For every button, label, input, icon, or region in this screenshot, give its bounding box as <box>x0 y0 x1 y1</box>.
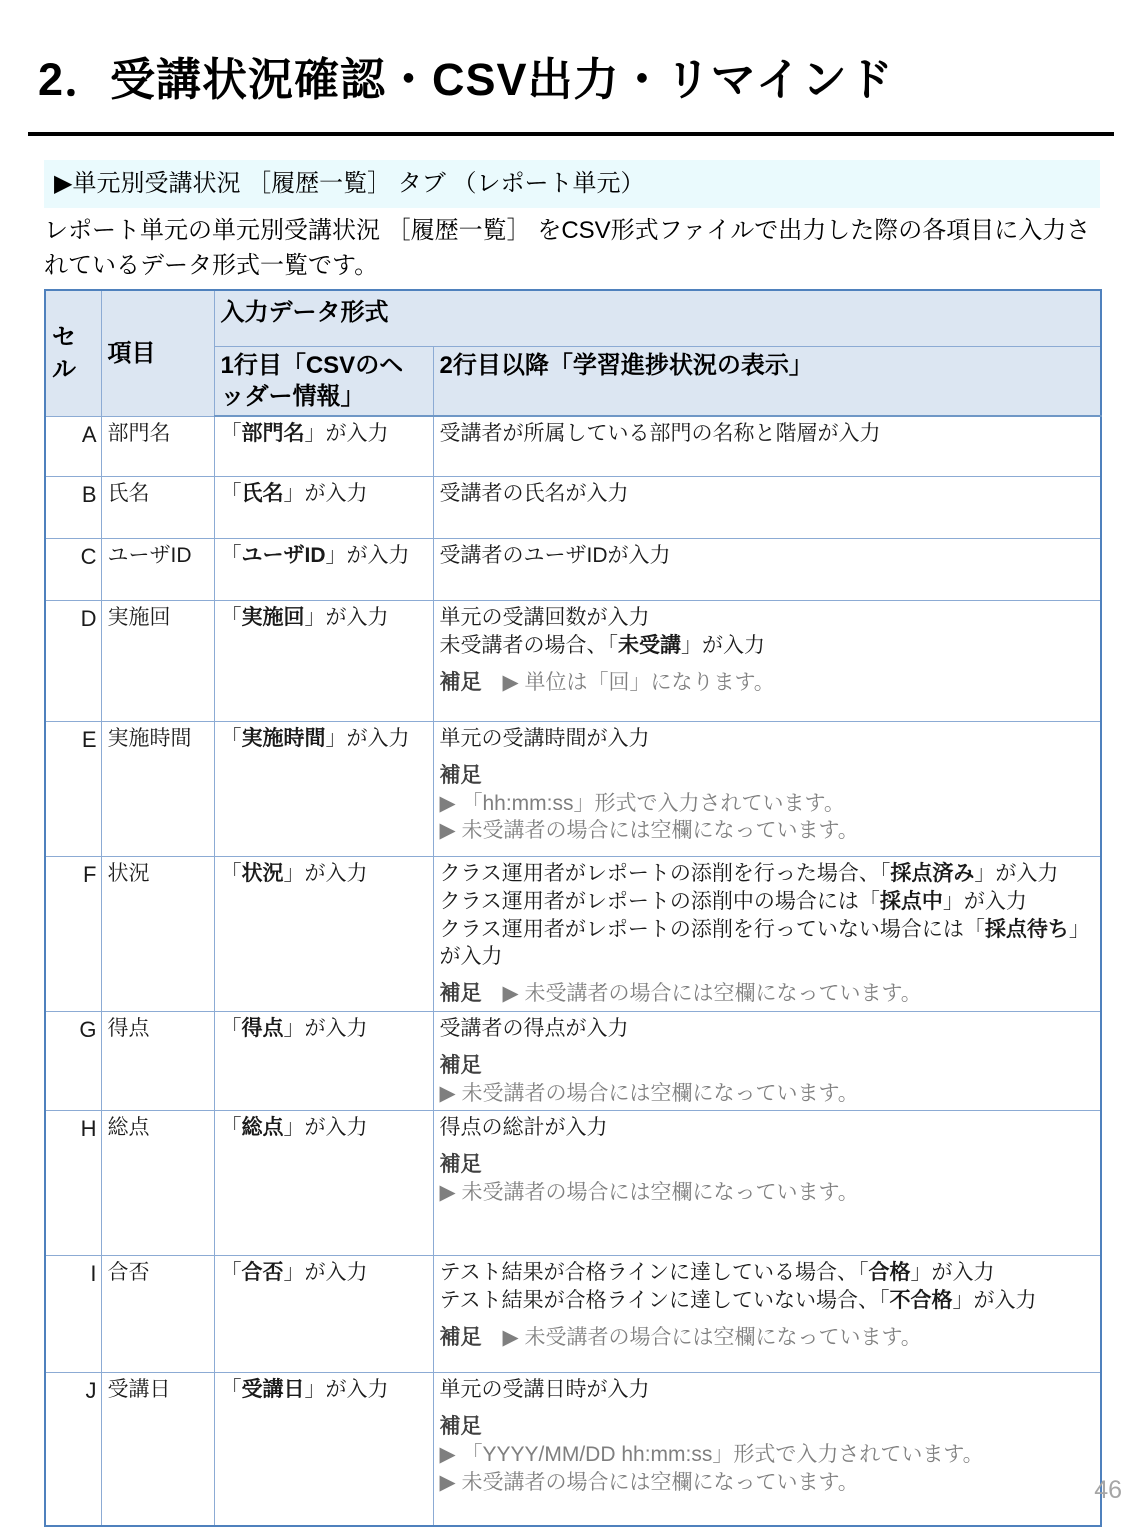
text-segment: 」が入力 <box>284 862 368 885</box>
cell-letter: D <box>45 601 101 722</box>
csv-header-format: 「総点」が入力 <box>214 1111 433 1256</box>
text-segment: 単元の受講日時が入力 <box>440 1378 650 1401</box>
format-description: 単元の受講時間が入力補足▶ 「hh:mm:ss」形式で入力されています。▶ 未受… <box>433 722 1101 857</box>
text-line: 受講者のユーザIDが入力 <box>440 542 1095 570</box>
text-line: ▶ 未受講者の場合には空欄になっています。 <box>440 817 1095 845</box>
table-row: D実施回「実施回」が入力単元の受講回数が入力未受講者の場合、「未受講」が入力補足… <box>45 601 1101 722</box>
item-name: 状況 <box>101 857 214 1012</box>
text-segment: 「 <box>221 727 242 750</box>
text-segment: 補足 <box>440 1054 482 1077</box>
format-description: クラス運用者がレポートの添削を行った場合、「採点済み」が入力クラス運用者がレポー… <box>433 857 1101 1012</box>
cell-letter: I <box>45 1256 101 1373</box>
text-line: ▶ 未受講者の場合には空欄になっています。 <box>440 1179 1095 1207</box>
text-line: ▶ 「hh:mm:ss」形式で入力されています。 <box>440 790 1095 818</box>
text-line: 受講者の得点が入力 <box>440 1015 1095 1043</box>
cell-letter: H <box>45 1111 101 1256</box>
text-segment: 」が入力 <box>681 634 765 657</box>
table-body: A部門名「部門名」が入力受講者が所属している部門の名称と階層が入力B氏名「氏名」… <box>45 416 1101 1526</box>
text-segment: 受講者の氏名が入力 <box>440 482 629 505</box>
text-segment: 「 <box>221 1017 242 1040</box>
page: 2．受講状況確認・CSV出力・リマインド ▶単元別受講状況 ［履歴一覧］ タブ … <box>0 0 1138 1527</box>
text-segment: ▶ 未受講者の場合には空欄になっています。 <box>482 1326 922 1349</box>
text-segment: 単元の受講時間が入力 <box>440 727 650 750</box>
cell-letter: G <box>45 1012 101 1111</box>
text-segment: 」が入力 <box>284 1017 368 1040</box>
text-line: 補足 <box>440 1052 1095 1080</box>
csv-header-format: 「状況」が入力 <box>214 857 433 1012</box>
text-segment: 総点 <box>242 1116 284 1139</box>
text-line: 単元の受講時間が入力 <box>440 725 1095 753</box>
text-line: テスト結果が合格ラインに達している場合、「合格」が入力 <box>440 1259 1095 1287</box>
text-line: 「部門名」が入力 <box>221 420 427 448</box>
page-title: 2．受講状況確認・CSV出力・リマインド <box>38 54 1100 106</box>
text-segment: 採点中 <box>880 890 943 913</box>
cell-letter: A <box>45 416 101 477</box>
text-segment: 」が入力 <box>326 727 410 750</box>
table-row: J受講日「受講日」が入力単元の受講日時が入力補足▶ 「YYYY/MM/DD hh… <box>45 1373 1101 1527</box>
item-name: 総点 <box>101 1111 214 1256</box>
format-description: テスト結果が合格ラインに達している場合、「合格」が入力テスト結果が合格ラインに達… <box>433 1256 1101 1373</box>
text-line: 補足 ▶ 未受講者の場合には空欄になっています。 <box>440 1324 1095 1352</box>
text-segment: 補足 <box>440 1326 482 1349</box>
item-name: 部門名 <box>101 416 214 477</box>
text-line: 「受講日」が入力 <box>221 1376 427 1404</box>
format-description: 受講者の得点が入力補足▶ 未受講者の場合には空欄になっています。 <box>433 1012 1101 1111</box>
text-line: 「状況」が入力 <box>221 860 427 888</box>
text-line: 「ユーザID」が入力 <box>221 542 427 570</box>
text-segment: 補足 <box>440 764 482 787</box>
text-segment: 」が入力 <box>305 422 389 445</box>
text-segment: ▶ 「YYYY/MM/DD hh:mm:ss」形式で入力されています。 <box>440 1443 984 1466</box>
text-segment: 」が入力 <box>326 544 410 567</box>
header-csv-header-info: 1行目「CSVのヘッダー情報」 <box>214 346 433 416</box>
table-row: G得点「得点」が入力受講者の得点が入力補足▶ 未受講者の場合には空欄になっていま… <box>45 1012 1101 1111</box>
text-segment: 未受講者の場合、「 <box>440 634 619 657</box>
text-segment: 得点の総計が入力 <box>440 1116 608 1139</box>
text-segment: 実施時間 <box>242 727 326 750</box>
text-segment: テスト結果が合格ラインに達している場合、「 <box>440 1261 869 1284</box>
text-segment: 」が入力 <box>284 1261 368 1284</box>
text-segment: 「 <box>221 1116 242 1139</box>
text-line: 「実施時間」が入力 <box>221 725 427 753</box>
text-line: 未受講者の場合、「未受講」が入力 <box>440 632 1095 660</box>
text-segment: 」が入力 <box>284 482 368 505</box>
text-segment: 「 <box>221 544 242 567</box>
table-header: セル 項目 入力データ形式 1行目「CSVのヘッダー情報」 2行目以降「学習進捗… <box>45 290 1101 416</box>
csv-header-format: 「氏名」が入力 <box>214 477 433 539</box>
text-segment: 「 <box>221 1261 242 1284</box>
text-line: 「総点」が入力 <box>221 1114 427 1142</box>
format-description: 受講者の氏名が入力 <box>433 477 1101 539</box>
cell-letter: C <box>45 539 101 601</box>
header-input-data-format: 入力データ形式 <box>214 290 1101 346</box>
text-segment: ▶ 未受講者の場合には空欄になっています。 <box>482 982 922 1005</box>
text-line: 「氏名」が入力 <box>221 480 427 508</box>
text-segment: 補足 <box>440 1153 482 1176</box>
text-segment: 」が入力 <box>953 1289 1037 1312</box>
text-segment: 補足 <box>440 1415 482 1438</box>
text-segment: 単元の受講回数が入力 <box>440 606 650 629</box>
text-line: 「実施回」が入力 <box>221 604 427 632</box>
csv-header-format: 「部門名」が入力 <box>214 416 433 477</box>
text-segment: 合格 <box>869 1261 911 1284</box>
page-number: 46 <box>1094 1476 1122 1505</box>
format-description: 得点の総計が入力補足▶ 未受講者の場合には空欄になっています。 <box>433 1111 1101 1256</box>
text-segment: 受講日 <box>242 1378 305 1401</box>
text-segment: ユーザID <box>242 544 326 567</box>
format-description: 受講者が所属している部門の名称と階層が入力 <box>433 416 1101 477</box>
text-segment: 採点済み <box>890 862 974 885</box>
text-segment: 状況 <box>242 862 284 885</box>
format-description: 単元の受講回数が入力未受講者の場合、「未受講」が入力補足 ▶ 単位は「回」になり… <box>433 601 1101 722</box>
csv-header-format: 「合否」が入力 <box>214 1256 433 1373</box>
text-segment: 受講者が所属している部門の名称と階層が入力 <box>440 422 881 445</box>
item-name: 受講日 <box>101 1373 214 1527</box>
text-line: 補足 <box>440 1151 1095 1179</box>
text-line: 補足 <box>440 762 1095 790</box>
csv-header-format: 「受講日」が入力 <box>214 1373 433 1527</box>
table-row: H総点「総点」が入力得点の総計が入力補足▶ 未受講者の場合には空欄になっています… <box>45 1111 1101 1256</box>
text-segment: クラス運用者がレポートの添削中の場合には「 <box>440 890 880 913</box>
text-line: 「得点」が入力 <box>221 1015 427 1043</box>
text-segment: 実施回 <box>242 606 305 629</box>
intro-text: レポート単元の単元別受講状況 ［履歴一覧］ をCSV形式ファイルで出力した際の各… <box>44 214 1100 284</box>
format-description: 受講者のユーザIDが入力 <box>433 539 1101 601</box>
text-line: クラス運用者がレポートの添削を行っていない場合には「採点待ち」が入力 <box>440 916 1095 971</box>
text-segment: 」が入力 <box>911 1261 995 1284</box>
text-line: 得点の総計が入力 <box>440 1114 1095 1142</box>
section-heading: ▶単元別受講状況 ［履歴一覧］ タブ （レポート単元） <box>44 160 1100 208</box>
csv-header-format: 「得点」が入力 <box>214 1012 433 1111</box>
header-item-column: 項目 <box>101 290 214 416</box>
text-line: 受講者の氏名が入力 <box>440 480 1095 508</box>
item-name: 合否 <box>101 1256 214 1373</box>
text-line: 受講者が所属している部門の名称と階層が入力 <box>440 420 1095 448</box>
text-line: 補足 <box>440 1413 1095 1441</box>
text-segment: 「 <box>221 482 242 505</box>
text-segment: 」が入力 <box>305 1378 389 1401</box>
cell-letter: E <box>45 722 101 857</box>
table-row: I合否「合否」が入力テスト結果が合格ラインに達している場合、「合格」が入力テスト… <box>45 1256 1101 1373</box>
text-line: 補足 ▶ 未受講者の場合には空欄になっています。 <box>440 980 1095 1008</box>
header-row-group: セル 項目 入力データ形式 <box>45 290 1101 346</box>
text-line: ▶ 「YYYY/MM/DD hh:mm:ss」形式で入力されています。 <box>440 1441 1095 1469</box>
text-segment: 」が入力 <box>305 606 389 629</box>
item-name: ユーザID <box>101 539 214 601</box>
text-line: 補足 ▶ 単位は「回」になります。 <box>440 669 1095 697</box>
text-line: 単元の受講回数が入力 <box>440 604 1095 632</box>
text-segment: 受講者の得点が入力 <box>440 1017 629 1040</box>
text-segment: 補足 <box>440 982 482 1005</box>
text-segment: ▶ 単位は「回」になります。 <box>482 671 775 694</box>
text-segment: 合否 <box>242 1261 284 1284</box>
text-segment: ▶ 未受講者の場合には空欄になっています。 <box>440 1471 859 1494</box>
table-row: E実施時間「実施時間」が入力単元の受講時間が入力補足▶ 「hh:mm:ss」形式… <box>45 722 1101 857</box>
table-row: CユーザID「ユーザID」が入力受講者のユーザIDが入力 <box>45 539 1101 601</box>
text-segment: 」が入力 <box>284 1116 368 1139</box>
text-segment: 「 <box>221 422 242 445</box>
text-line: クラス運用者がレポートの添削中の場合には「採点中」が入力 <box>440 888 1095 916</box>
text-segment: 」が入力 <box>974 862 1058 885</box>
text-segment: 氏名 <box>242 482 284 505</box>
text-segment: 受講者のユーザIDが入力 <box>440 544 671 567</box>
text-segment: テスト結果が合格ラインに達していない場合、「 <box>440 1289 890 1312</box>
table-row: F状況「状況」が入力クラス運用者がレポートの添削を行った場合、「採点済み」が入力… <box>45 857 1101 1012</box>
csv-header-format: 「実施回」が入力 <box>214 601 433 722</box>
text-segment: ▶ 未受講者の場合には空欄になっています。 <box>440 819 859 842</box>
text-segment: クラス運用者がレポートの添削を行っていない場合には「 <box>440 918 985 941</box>
text-segment: 「 <box>221 1378 242 1401</box>
cell-letter: J <box>45 1373 101 1527</box>
text-segment: 」が入力 <box>943 890 1027 913</box>
text-segment: 採点待ち <box>985 918 1069 941</box>
text-segment: 未受講 <box>618 634 681 657</box>
title-divider <box>28 132 1114 136</box>
section-heading-text: ▶単元別受講状況 ［履歴一覧］ タブ （レポート単元） <box>54 170 644 197</box>
text-segment: ▶ 「hh:mm:ss」形式で入力されています。 <box>440 792 845 815</box>
text-segment: ▶ 未受講者の場合には空欄になっています。 <box>440 1181 859 1204</box>
text-line: テスト結果が合格ラインに達していない場合、「不合格」が入力 <box>440 1287 1095 1315</box>
cell-letter: F <box>45 857 101 1012</box>
csv-header-format: 「ユーザID」が入力 <box>214 539 433 601</box>
text-segment: 不合格 <box>890 1289 953 1312</box>
cell-letter: B <box>45 477 101 539</box>
format-description: 単元の受講日時が入力補足▶ 「YYYY/MM/DD hh:mm:ss」形式で入力… <box>433 1373 1101 1527</box>
text-line: 「合否」が入力 <box>221 1259 427 1287</box>
text-line: 単元の受講日時が入力 <box>440 1376 1095 1404</box>
item-name: 氏名 <box>101 477 214 539</box>
data-format-table: セル 項目 入力データ形式 1行目「CSVのヘッダー情報」 2行目以降「学習進捗… <box>44 289 1102 1527</box>
table-row: A部門名「部門名」が入力受講者が所属している部門の名称と階層が入力 <box>45 416 1101 477</box>
text-line: ▶ 未受講者の場合には空欄になっています。 <box>440 1469 1095 1497</box>
header-progress-display: 2行目以降「学習進捗状況の表示」 <box>433 346 1101 416</box>
text-segment: 部門名 <box>242 422 305 445</box>
item-name: 得点 <box>101 1012 214 1111</box>
text-segment: 「 <box>221 606 242 629</box>
text-segment: 「 <box>221 862 242 885</box>
text-segment: 得点 <box>242 1017 284 1040</box>
csv-header-format: 「実施時間」が入力 <box>214 722 433 857</box>
header-cell-column: セル <box>45 290 101 416</box>
table-row: B氏名「氏名」が入力受講者の氏名が入力 <box>45 477 1101 539</box>
text-line: クラス運用者がレポートの添削を行った場合、「採点済み」が入力 <box>440 860 1095 888</box>
text-segment: クラス運用者がレポートの添削を行った場合、「 <box>440 862 891 885</box>
text-line: ▶ 未受講者の場合には空欄になっています。 <box>440 1080 1095 1108</box>
text-segment: ▶ 未受講者の場合には空欄になっています。 <box>440 1082 859 1105</box>
text-segment: 補足 <box>440 671 482 694</box>
item-name: 実施時間 <box>101 722 214 857</box>
item-name: 実施回 <box>101 601 214 722</box>
